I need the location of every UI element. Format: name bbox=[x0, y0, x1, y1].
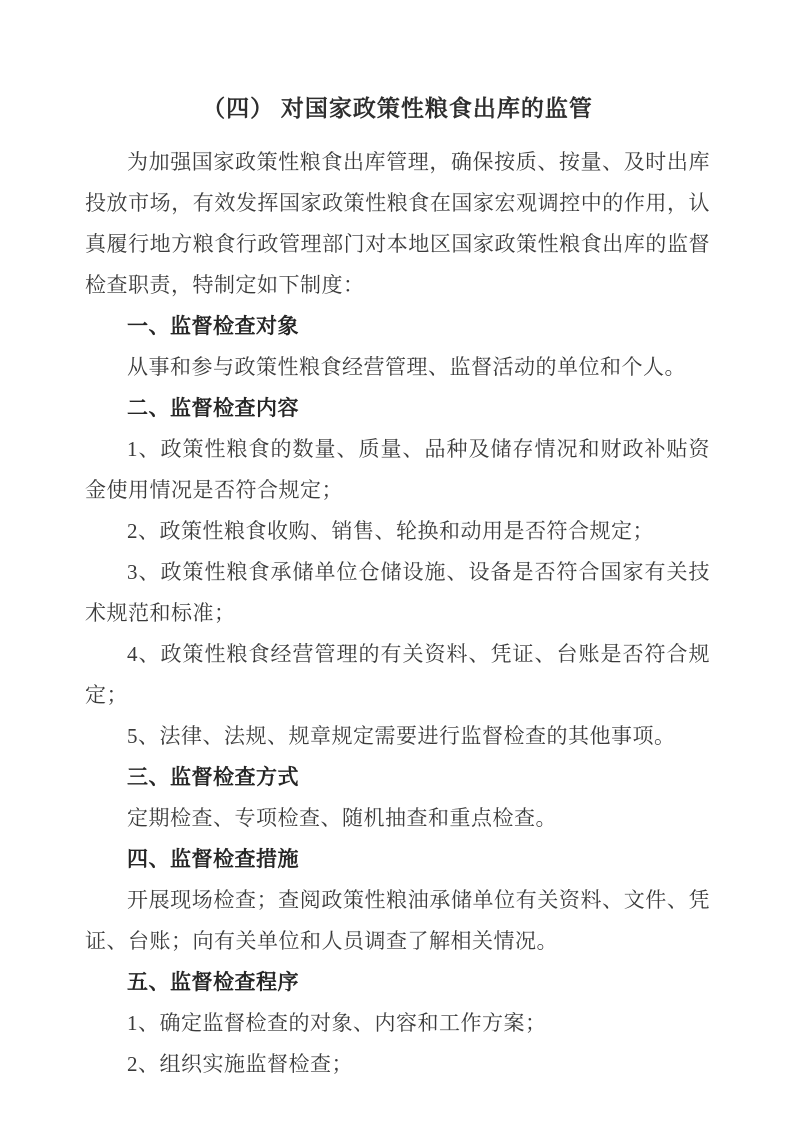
heading-section-2-inspection-content: 二、监督检查内容 bbox=[127, 388, 710, 429]
list-item-content-3: 3、政策性粮食承储单位仓储设施、设备是否符合国家有关技术规范和标准； bbox=[85, 552, 710, 634]
heading-section-3-inspection-methods: 三、监督检查方式 bbox=[127, 757, 710, 798]
list-item-content-2: 2、政策性粮食收购、销售、轮换和动用是否符合规定； bbox=[85, 511, 710, 552]
list-item-procedure-2: 2、组织实施监督检查； bbox=[85, 1044, 710, 1085]
heading-section-1-inspection-targets: 一、监督检查对象 bbox=[127, 306, 710, 347]
heading-section-4-inspection-measures: 四、监督检查措施 bbox=[127, 839, 710, 880]
list-item-content-1: 1、政策性粮食的数量、质量、品种及储存情况和财政补贴资金使用情况是否符合规定； bbox=[85, 429, 710, 511]
paragraph-intro: 为加强国家政策性粮食出库管理，确保按质、按量、及时出库投放市场，有效发挥国家政策… bbox=[85, 142, 710, 306]
document-title: （四） 对国家政策性粮食出库的监管 bbox=[85, 88, 710, 129]
paragraph-section-3-body: 定期检查、专项检查、随机抽查和重点检查。 bbox=[85, 798, 710, 839]
paragraph-section-4-body: 开展现场检查；查阅政策性粮油承储单位有关资料、文件、凭证、台账；向有关单位和人员… bbox=[85, 880, 710, 962]
list-item-content-5: 5、法律、法规、规章规定需要进行监督检查的其他事项。 bbox=[85, 716, 710, 757]
heading-section-5-inspection-procedure: 五、监督检查程序 bbox=[127, 962, 710, 1003]
paragraph-section-1-body: 从事和参与政策性粮食经营管理、监督活动的单位和个人。 bbox=[85, 347, 710, 388]
list-item-content-4: 4、政策性粮食经营管理的有关资料、凭证、台账是否符合规定； bbox=[85, 634, 710, 716]
list-item-procedure-1: 1、确定监督检查的对象、内容和工作方案； bbox=[85, 1003, 710, 1044]
document-page: （四） 对国家政策性粮食出库的监管 为加强国家政策性粮食出库管理，确保按质、按量… bbox=[0, 0, 793, 1122]
